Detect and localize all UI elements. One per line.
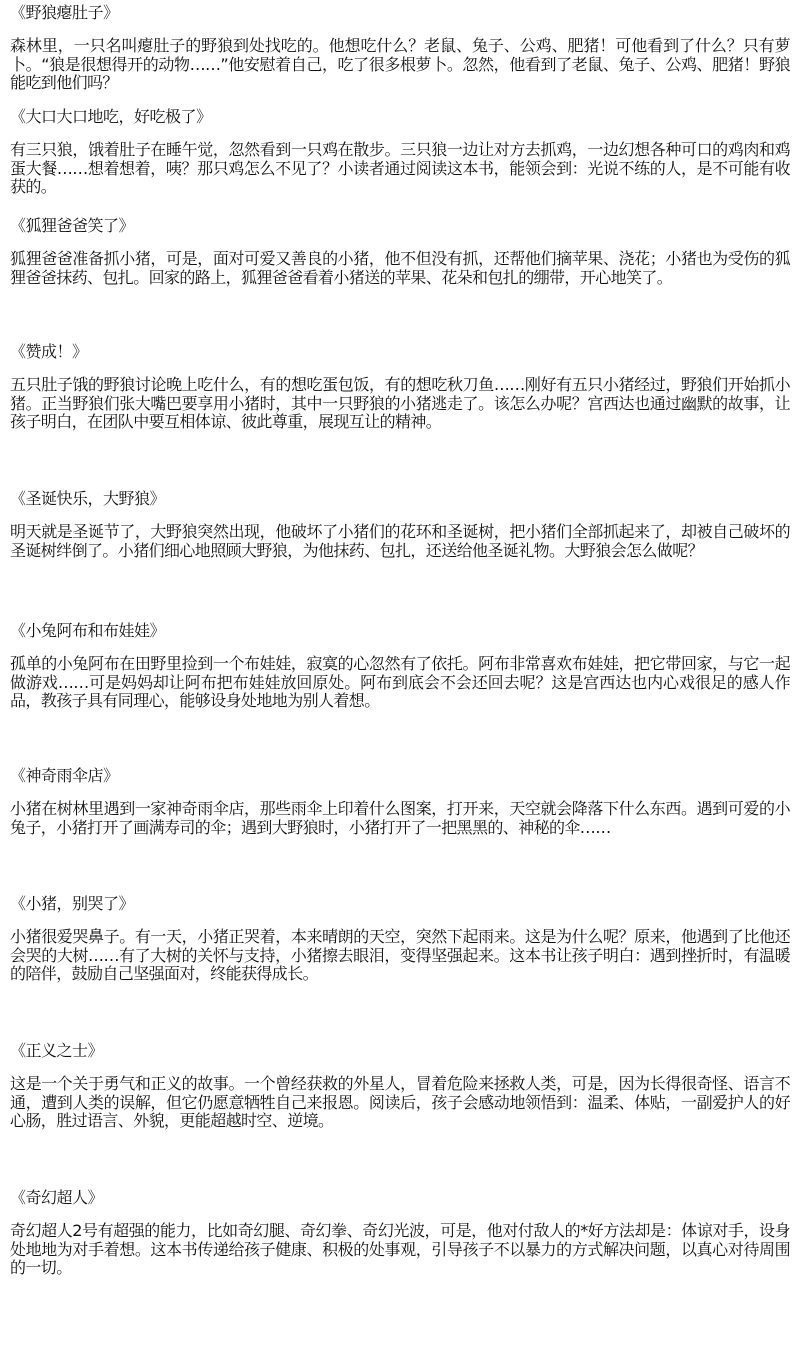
book-title: 《神奇雨伞店》: [10, 766, 790, 786]
book-entry: 《野狼瘪肚子》 森林里，一只名叫瘪肚子的野狼到处找吃的。他想吃什么？老鼠、兔子、…: [10, 3, 790, 93]
book-title: 《圣诞快乐，大野狼》: [10, 489, 790, 509]
book-description: 小猪在树林里遇到一家神奇雨伞店，那些雨伞上印着什么图案，打开来，天空就会降落下什…: [10, 800, 790, 837]
book-description: 狐狸爸爸准备抓小猪，可是，面对可爱又善良的小猪，他不但没有抓，还帮他们摘苹果、浇…: [10, 250, 790, 287]
book-description: 小猪很爱哭鼻子。有一天，小猪正哭着，本来晴朗的天空，突然下起雨来。这是为什么呢？…: [10, 928, 790, 984]
book-title: 《正义之士》: [10, 1041, 790, 1061]
book-entry: 《赞成！》 五只肚子饿的野狼讨论晚上吃什么，有的想吃蛋包饭，有的想吃秋刀鱼……刚…: [10, 342, 790, 432]
book-entry: 《神奇雨伞店》 小猪在树林里遇到一家神奇雨伞店，那些雨伞上印着什么图案，打开来，…: [10, 766, 790, 837]
book-title: 《狐狸爸爸笑了》: [10, 216, 790, 236]
book-entry: 《狐狸爸爸笑了》 狐狸爸爸准备抓小猪，可是，面对可爱又善良的小猪，他不但没有抓，…: [10, 216, 790, 287]
book-description: 这是一个关于勇气和正义的故事。一个曾经获救的外星人，冒着危险来拯救人类，可是，因…: [10, 1075, 790, 1131]
book-title: 《小兔阿布和布娃娃》: [10, 621, 790, 641]
book-description: 奇幻超人2号有超强的能力，比如奇幻腿、奇幻拳、奇幻光波，可是，他对付敌人的*好方…: [10, 1222, 790, 1278]
book-description: 明天就是圣诞节了，大野狼突然出现，他破坏了小猪们的花环和圣诞树，把小猪们全部抓起…: [10, 523, 790, 560]
book-description: 有三只狼，饿着肚子在睡午觉，忽然看到一只鸡在散步。三只狼一边让对方去抓鸡，一边幻…: [10, 141, 790, 197]
book-entry: 《正义之士》 这是一个关于勇气和正义的故事。一个曾经获救的外星人，冒着危险来拯救…: [10, 1041, 790, 1131]
book-entry: 《奇幻超人》 奇幻超人2号有超强的能力，比如奇幻腿、奇幻拳、奇幻光波，可是，他对…: [10, 1188, 790, 1278]
book-description: 孤单的小兔阿布在田野里捡到一个布娃娃，寂寞的心忽然有了依托。阿布非常喜欢布娃娃，…: [10, 655, 790, 711]
book-entry: 《大口大口地吃，好吃极了》 有三只狼，饿着肚子在睡午觉，忽然看到一只鸡在散步。三…: [10, 107, 790, 197]
book-title: 《小猪，别哭了》: [10, 894, 790, 914]
book-description: 五只肚子饿的野狼讨论晚上吃什么，有的想吃蛋包饭，有的想吃秋刀鱼……刚好有五只小猪…: [10, 376, 790, 432]
book-title: 《奇幻超人》: [10, 1188, 790, 1208]
book-description: 森林里，一只名叫瘪肚子的野狼到处找吃的。他想吃什么？老鼠、兔子、公鸡、肥猪！可他…: [10, 37, 790, 93]
book-title: 《赞成！》: [10, 342, 790, 362]
book-entry: 《小猪，别哭了》 小猪很爱哭鼻子。有一天，小猪正哭着，本来晴朗的天空，突然下起雨…: [10, 894, 790, 984]
book-entry: 《小兔阿布和布娃娃》 孤单的小兔阿布在田野里捡到一个布娃娃，寂寞的心忽然有了依托…: [10, 621, 790, 711]
book-title: 《大口大口地吃，好吃极了》: [10, 107, 790, 127]
book-title: 《野狼瘪肚子》: [10, 3, 790, 23]
book-entry: 《圣诞快乐，大野狼》 明天就是圣诞节了，大野狼突然出现，他破坏了小猪们的花环和圣…: [10, 489, 790, 560]
